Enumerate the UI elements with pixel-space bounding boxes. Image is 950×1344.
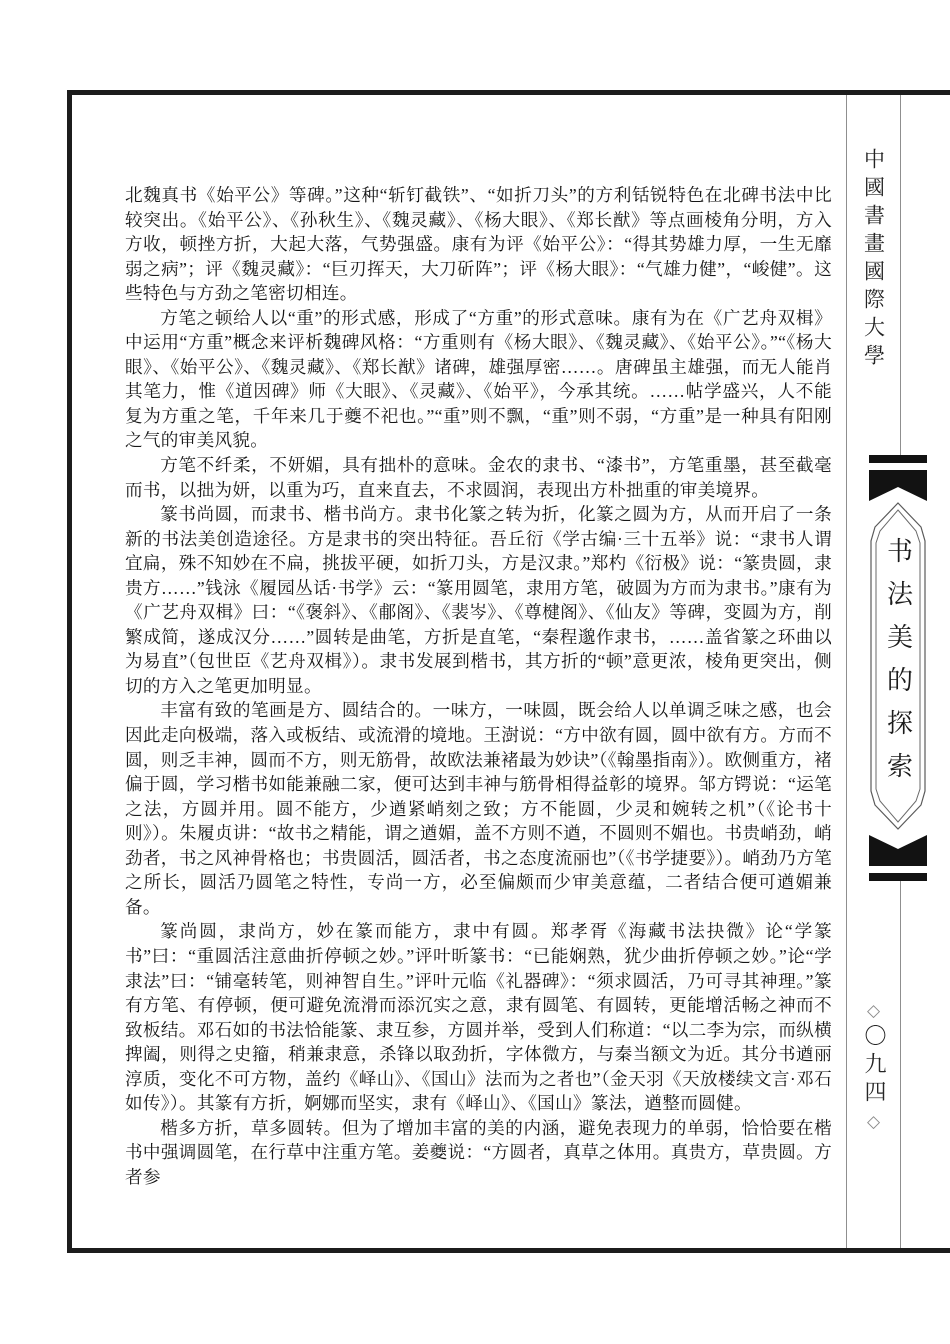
- folio-page-number: ◇ 〇九四 ◇: [847, 1002, 900, 1130]
- book-title-text: 书法美的探索: [880, 537, 917, 795]
- paragraph: 北魏真书《始平公》等碑。”这种“斩钉截铁”、“如折刀头”的方利铦锐特色在北碑书法…: [125, 183, 832, 306]
- diamond-ornament-icon: ◇: [867, 1002, 880, 1019]
- body-text: 北魏真书《始平公》等碑。”这种“斩钉截铁”、“如折刀头”的方利铦锐特色在北碑书法…: [125, 183, 832, 1189]
- paragraph: 楷多方折，草多圆转。但为了增加丰富的美的内涵，避免表现力的单弱，恰恰要在楷书中强…: [125, 1116, 832, 1190]
- paragraph: 方笔不纤柔，不妍媚，具有拙朴的意味。金农的隶书、“漆书”，方笔重墨，甚至截毫而书…: [125, 453, 832, 502]
- institution-name-text: 中國書畫國際大學: [859, 148, 889, 372]
- institution-name-vertical: 中國書畫國際大學: [847, 148, 900, 372]
- emblem-cartouche: 书法美的探索: [869, 501, 927, 831]
- emblem-bottom-ribbon-icon: [869, 835, 927, 866]
- diamond-ornament-icon: ◇: [867, 1113, 880, 1130]
- emblem-top-ribbon-icon: [869, 470, 927, 501]
- paragraph: 篆书尚圆，而隶书、楷书尚方。隶书化篆之转为折，化篆之圆为方，从而开启了一条新的书…: [125, 502, 832, 698]
- book-title-vertical: 书法美的探索: [869, 501, 927, 831]
- paragraph: 丰富有致的笔画是方、圆结合的。一味方，一味圆，既会给人以单调乏味之感，也会因此走…: [125, 698, 832, 919]
- paragraph: 方笔之顿给人以“重”的形式感，形成了“方重”的形式意味。康有为在《广艺舟双楫》中…: [125, 306, 832, 453]
- book-title-emblem: 书法美的探索: [869, 455, 927, 881]
- folio-digits: 〇九四: [858, 1024, 889, 1108]
- emblem-top-bar: [869, 455, 927, 463]
- emblem-bottom-bar: [869, 873, 927, 881]
- folio-column: ◇ 〇九四 ◇: [827, 1002, 920, 1130]
- paragraph: 篆尚圆，隶尚方，妙在篆而能方，隶中有圆。郑孝胥《海藏书法抉微》论“学篆书”曰：“…: [125, 919, 832, 1115]
